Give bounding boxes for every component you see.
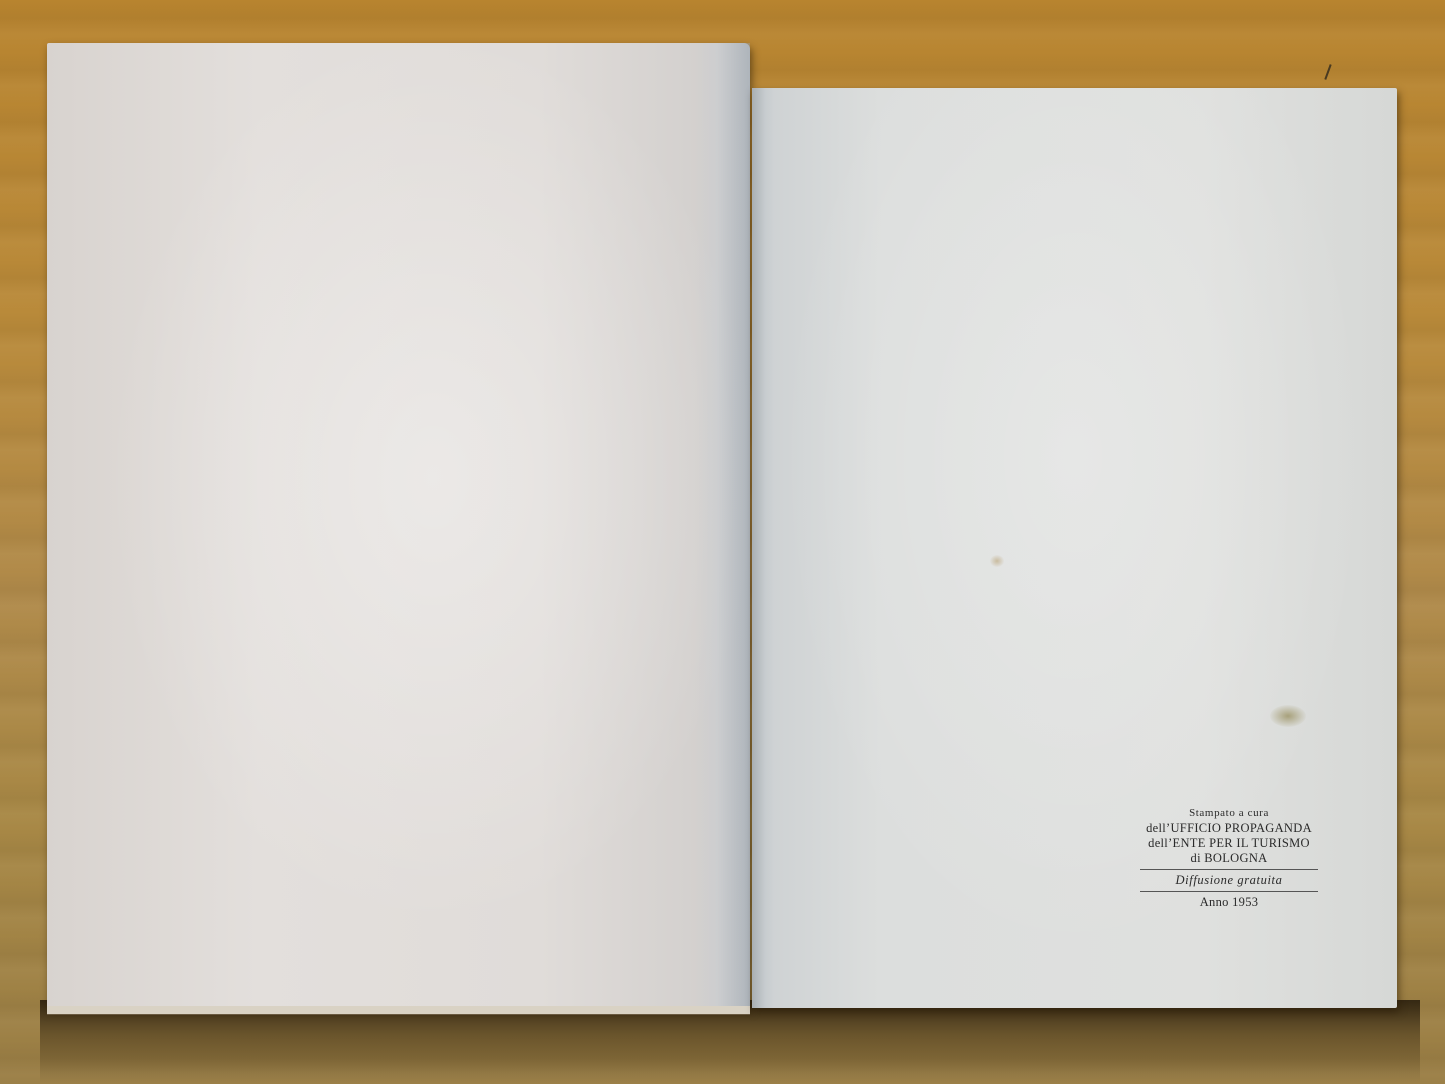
colophon-year: Anno 1953 <box>1140 895 1318 910</box>
colophon-line-1: Stampato a cura <box>1140 806 1318 821</box>
cover-stain-small <box>990 555 1004 567</box>
left-book-bottom-edge <box>47 1006 750 1015</box>
wood-mark <box>1324 64 1331 80</box>
right-book-spine-crease <box>752 88 774 1008</box>
left-book-spine-edge <box>695 43 750 1009</box>
colophon-line-2: dell’UFFICIO PROPAGANDA <box>1140 821 1318 836</box>
colophon-distribution: Diffusione gratuita <box>1140 873 1318 888</box>
colophon-line-4: di BOLOGNA <box>1140 851 1318 866</box>
cover-stain <box>1270 705 1306 727</box>
left-book-back-cover <box>47 43 750 1009</box>
printer-colophon: Stampato a cura dell’UFFICIO PROPAGANDA … <box>1140 806 1318 910</box>
colophon-rule-bottom <box>1140 891 1318 892</box>
colophon-rule-top <box>1140 869 1318 870</box>
colophon-line-3: dell’ENTE PER IL TURISMO <box>1140 836 1318 851</box>
